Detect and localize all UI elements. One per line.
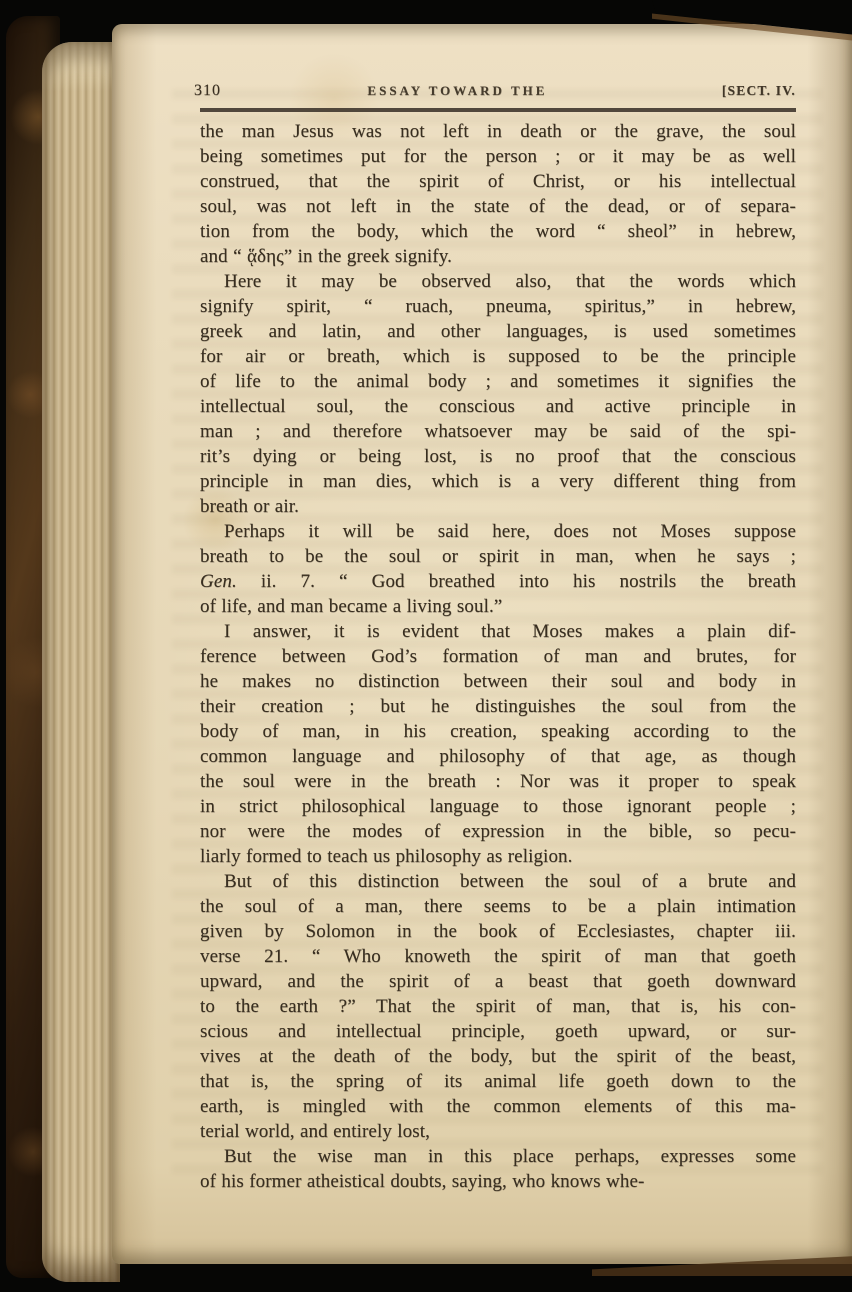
photo-background: 310 ESSAY TOWARD THE [SECT. IV. the man … xyxy=(0,0,852,1292)
page-edge-stack xyxy=(42,42,120,1282)
text-line: being sometimes put for the person ; or … xyxy=(200,144,796,169)
text-span: ii. 7. “ God breathed into his nostrils … xyxy=(237,571,796,592)
text-line: Perhaps it will be said here, does not M… xyxy=(200,519,796,544)
text-line: man ; and therefore whatsoever may be sa… xyxy=(200,419,796,444)
text-line: earth, is mingled with the common elemen… xyxy=(200,1094,796,1119)
text-line: terial world, and entirely lost, xyxy=(200,1119,796,1144)
text-line: Here it may be observed also, that the w… xyxy=(200,269,796,294)
text-line: the man Jesus was not left in death or t… xyxy=(200,119,796,144)
text-line: nor were the modes of expression in the … xyxy=(200,819,796,844)
text-line: soul, was not left in the state of the d… xyxy=(200,194,796,219)
text-line: common language and philosophy of that a… xyxy=(200,744,796,769)
text-line: of life, and man became a living soul.” xyxy=(200,594,796,619)
page-number: 310 xyxy=(194,82,221,100)
text-line: and “ ᾅδης” in the greek signify. xyxy=(200,244,796,269)
text-line: that is, the spring of its animal life g… xyxy=(200,1069,796,1094)
text-line: verse 21. “ Who knoweth the spirit of ma… xyxy=(200,944,796,969)
text-line: the soul were in the breath : Nor was it… xyxy=(200,769,796,794)
text-line: to the earth ?” That the spirit of man, … xyxy=(200,994,796,1019)
text-line: given by Solomon in the book of Ecclesia… xyxy=(200,919,796,944)
text-line: I answer, it is evident that Moses makes… xyxy=(200,619,796,644)
text-line: rit’s dying or being lost, is no proof t… xyxy=(200,444,796,469)
text-line: intellectual soul, the conscious and act… xyxy=(200,394,796,419)
text-line: liarly formed to teach us philosophy as … xyxy=(200,844,796,869)
text-line: But of this distinction between the soul… xyxy=(200,869,796,894)
text-line: their creation ; but he distinguishes th… xyxy=(200,694,796,719)
text-line: vives at the death of the body, but the … xyxy=(200,1044,796,1069)
text-line: in strict philosophical language to thos… xyxy=(200,794,796,819)
text-line: for air or breath, which is supposed to … xyxy=(200,344,796,369)
text-line: construed, that the spirit of Christ, or… xyxy=(200,169,796,194)
text-line: tion from the body, which the word “ she… xyxy=(200,219,796,244)
text-line: upward, and the spirit of a beast that g… xyxy=(200,969,796,994)
text-line: signify spirit, “ ruach, pneuma, spiritu… xyxy=(200,294,796,319)
page-header: 310 ESSAY TOWARD THE [SECT. IV. xyxy=(200,82,796,104)
text-block: 310 ESSAY TOWARD THE [SECT. IV. the man … xyxy=(200,82,796,1194)
text-line: But the wise man in this place perhaps, … xyxy=(200,1144,796,1169)
header-double-rule xyxy=(200,108,796,112)
text-line: of his former atheistical doubts, saying… xyxy=(200,1169,796,1194)
text-line: he makes no distinction between their so… xyxy=(200,669,796,694)
text-line: breath to be the soul or spirit in man, … xyxy=(200,544,796,569)
text-line: of life to the animal body ; and sometim… xyxy=(200,369,796,394)
text-line: greek and latin, and other languages, is… xyxy=(200,319,796,344)
text-line: principle in man dies, which is a very d… xyxy=(200,469,796,494)
text-line: body of man, in his creation, speaking a… xyxy=(200,719,796,744)
text-line: ference between God’s formation of man a… xyxy=(200,644,796,669)
text-line: the soul of a man, there seems to be a p… xyxy=(200,894,796,919)
scripture-ref: Gen. xyxy=(200,571,237,592)
running-title: ESSAY TOWARD THE xyxy=(367,83,547,99)
text-line: breath or air. xyxy=(200,494,796,519)
page-body: the man Jesus was not left in death or t… xyxy=(200,119,796,1194)
text-line: scious and intellectual principle, goeth… xyxy=(200,1019,796,1044)
section-label: [SECT. IV. xyxy=(722,83,796,99)
text-line: Gen. ii. 7. “ God breathed into his nost… xyxy=(200,569,796,594)
